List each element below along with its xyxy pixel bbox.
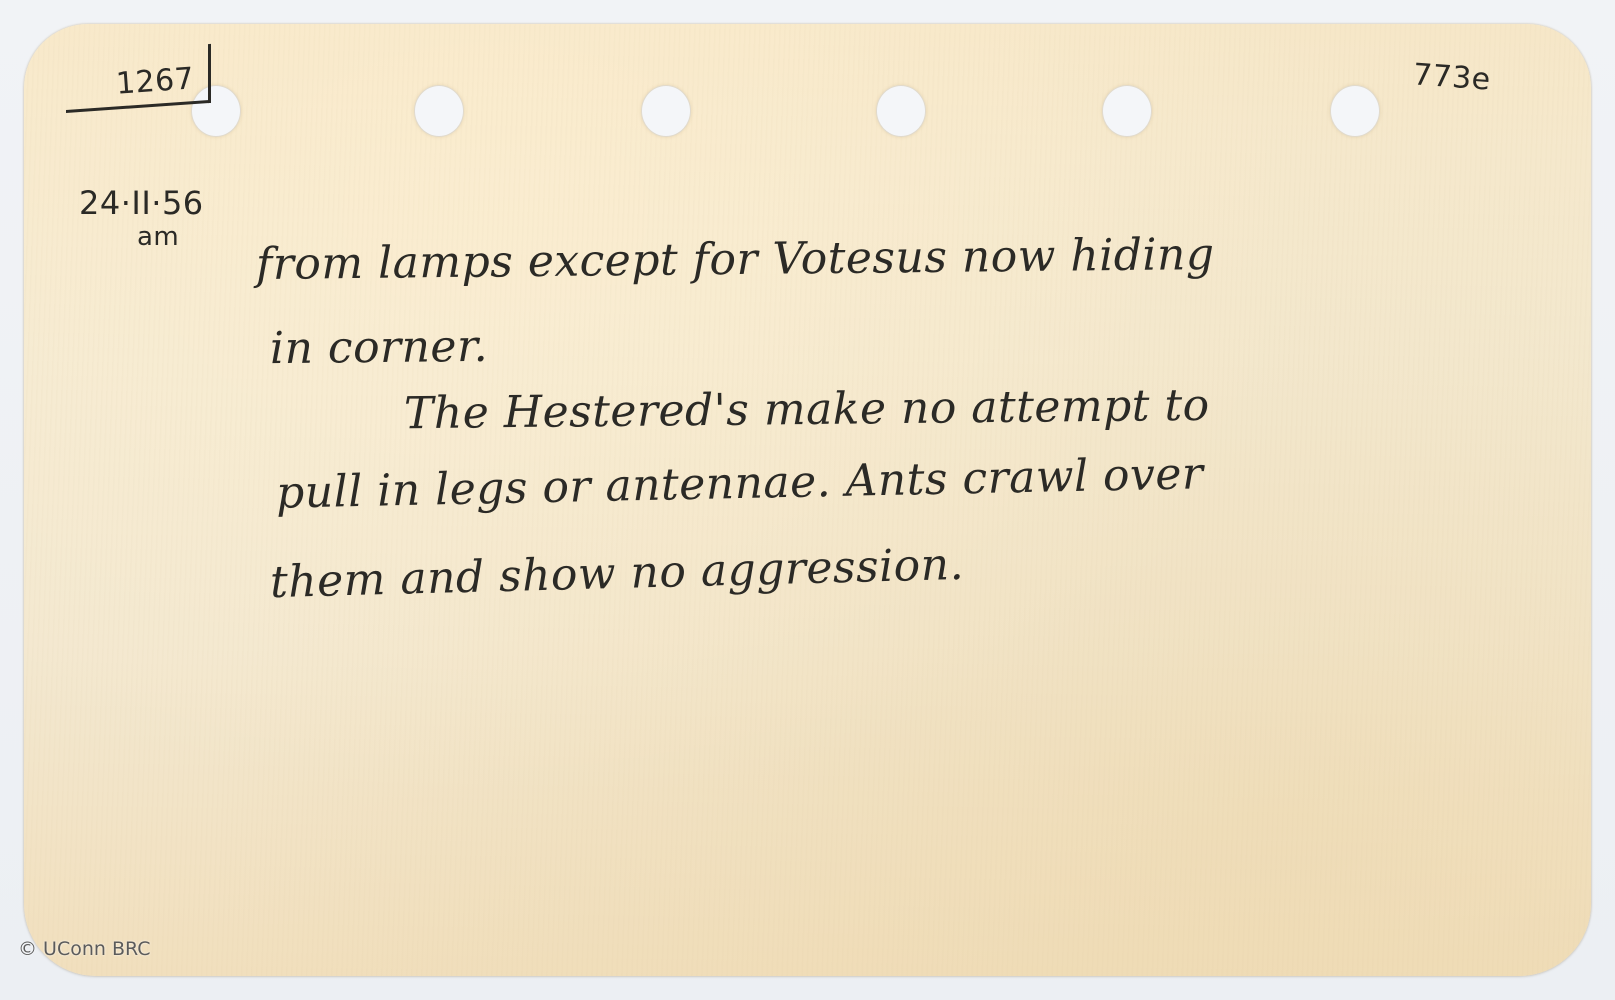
- note-line: them and show no aggression.: [269, 539, 964, 608]
- note-line: The Hestered's make no attempt to: [404, 380, 1210, 439]
- punch-hole: [414, 85, 464, 137]
- copyright-watermark: © UConn BRC: [18, 938, 151, 960]
- note-line: from lamps except for Votesus now hiding: [256, 229, 1215, 290]
- scan-viewer: 1267 773e 24·II·56 am from lamps except …: [0, 0, 1615, 1000]
- punch-hole: [1330, 85, 1380, 137]
- card-id: 773e: [1412, 57, 1492, 97]
- punch-hole: [641, 85, 691, 137]
- punch-hole: [1102, 85, 1152, 137]
- index-card: 1267 773e 24·II·56 am from lamps except …: [24, 24, 1591, 976]
- entry-date: 24·II·56: [79, 184, 204, 222]
- catalog-number: 1267: [103, 60, 210, 104]
- entry-time: am: [137, 222, 179, 252]
- note-line: pull in legs or antennae. Ants crawl ove…: [276, 448, 1204, 518]
- note-line: in corner.: [270, 321, 489, 374]
- punch-hole: [876, 85, 926, 137]
